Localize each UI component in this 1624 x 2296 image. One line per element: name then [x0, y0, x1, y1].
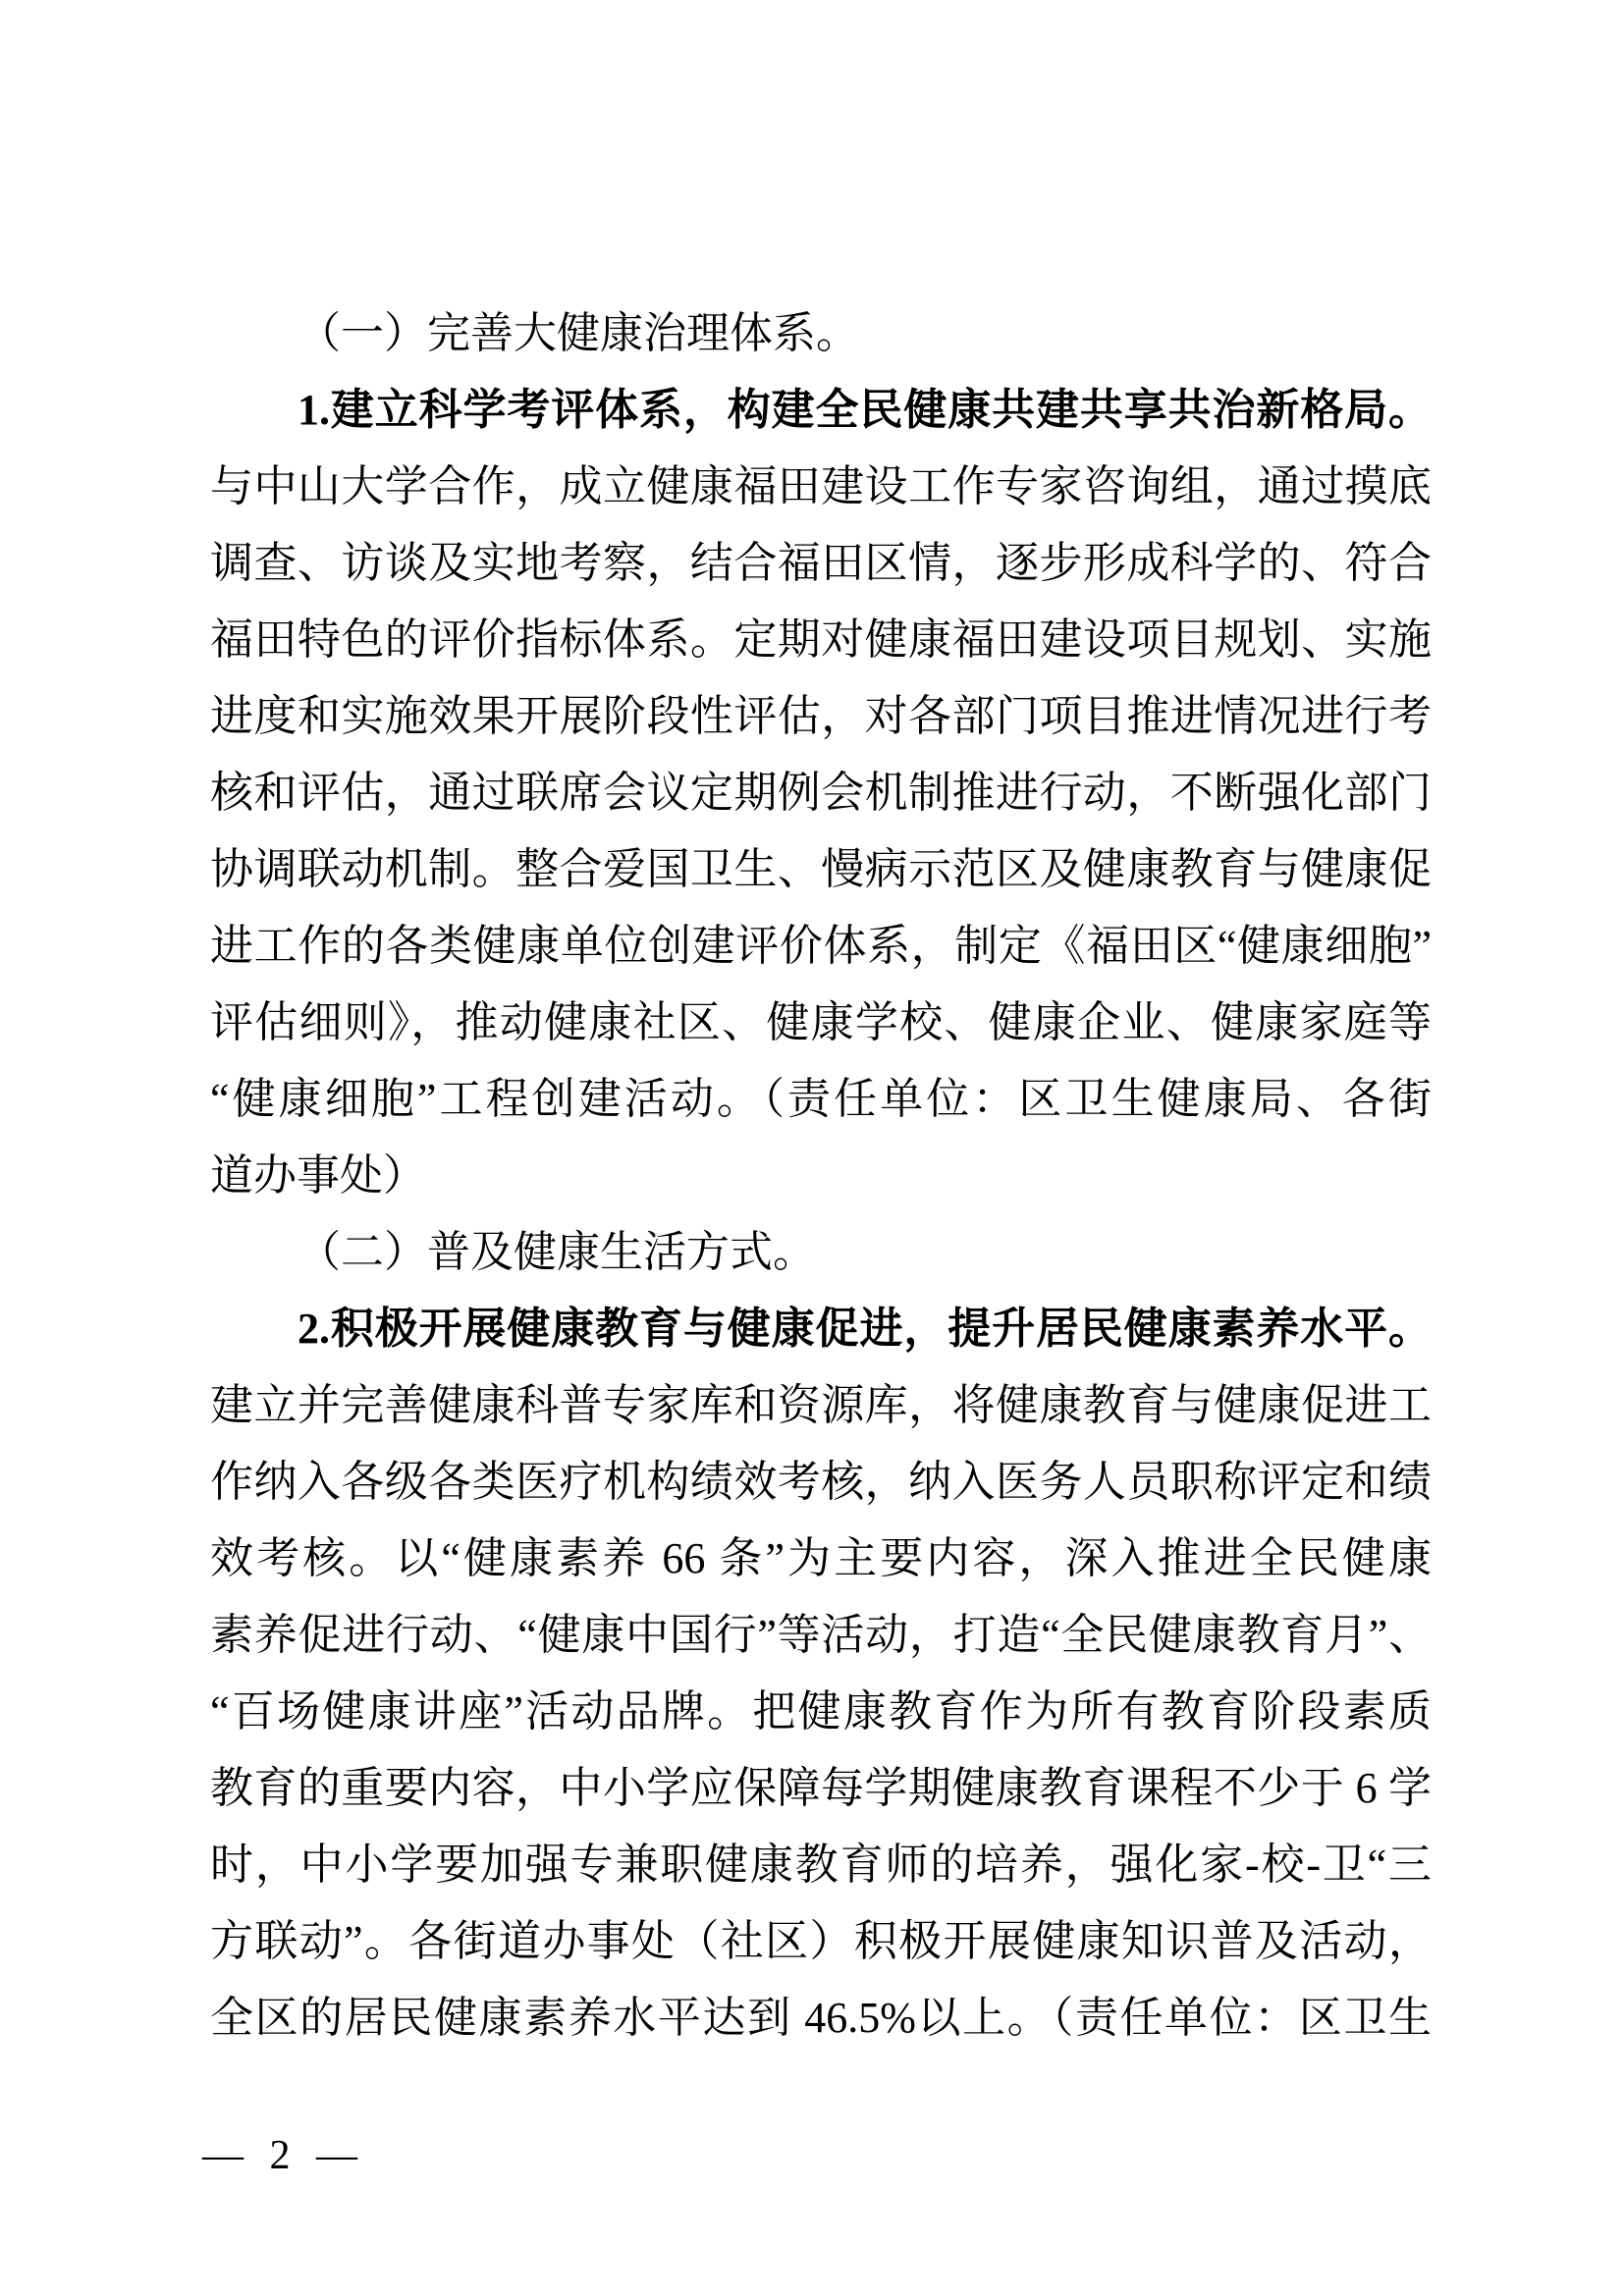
page-number: — 2 —: [202, 2117, 365, 2194]
text-line: （一）完善大健康治理体系。: [210, 295, 1432, 372]
text-line: 时，中小学要加强专兼职健康教育师的培养，强化家-校-卫“三: [210, 1827, 1432, 1903]
text-line: “健康细胞”工程创建活动。（责任单位：区卫生健康局、各街: [210, 1061, 1432, 1138]
text-line: 协调联动机制。整合爱国卫生、慢病示范区及健康教育与健康促: [210, 831, 1432, 908]
text-line: “百场健康讲座”活动品牌。把健康教育作为所有教育阶段素质: [210, 1674, 1432, 1750]
text-line: 全区的居民健康素养水平达到 46.5%以上。（责任单位：区卫生: [210, 1980, 1432, 2056]
text-line: 方联动”。各街道办事处（社区）积极开展健康知识普及活动，: [210, 1903, 1432, 1980]
text-line: 进度和实施效果开展阶段性评估，对各部门项目推进情况进行考: [210, 678, 1432, 755]
text-line: 评估细则》，推动健康社区、健康学校、健康企业、健康家庭等: [210, 985, 1432, 1061]
text-line: 1.建立科学考评体系，构建全民健康共建共享共治新格局。: [210, 372, 1432, 449]
body-text: （一）完善大健康治理体系。1.建立科学考评体系，构建全民健康共建共享共治新格局。…: [210, 295, 1432, 2056]
text-line: 福田特色的评价指标体系。定期对健康福田建设项目规划、实施: [210, 602, 1432, 678]
text-line: 进工作的各类健康单位创建评价体系，制定《福田区“健康细胞”: [210, 908, 1432, 985]
text-line: 教育的重要内容，中小学应保障每学期健康教育课程不少于 6 学: [210, 1750, 1432, 1827]
text-line: 调查、访谈及实地考察，结合福田区情，逐步形成科学的、符合: [210, 525, 1432, 602]
text-line: 核和评估，通过联席会议定期例会机制推进行动，不断强化部门: [210, 755, 1432, 831]
text-line: 道办事处）: [210, 1138, 1432, 1214]
document-page: （一）完善大健康治理体系。1.建立科学考评体系，构建全民健康共建共享共治新格局。…: [0, 0, 1624, 2296]
text-line: 效考核。以“健康素养 66 条”为主要内容，深入推进全民健康: [210, 1521, 1432, 1597]
text-line: 建立并完善健康科普专家库和资源库，将健康教育与健康促进工: [210, 1367, 1432, 1444]
text-line: 素养促进行动、“健康中国行”等活动，打造“全民健康教育月”、: [210, 1597, 1432, 1674]
text-line: 2.积极开展健康教育与健康促进，提升居民健康素养水平。: [210, 1291, 1432, 1367]
text-line: 作纳入各级各类医疗机构绩效考核，纳入医务人员职称评定和绩: [210, 1444, 1432, 1521]
text-line: 与中山大学合作，成立健康福田建设工作专家咨询组，通过摸底: [210, 449, 1432, 525]
text-line: （二）普及健康生活方式。: [210, 1214, 1432, 1291]
